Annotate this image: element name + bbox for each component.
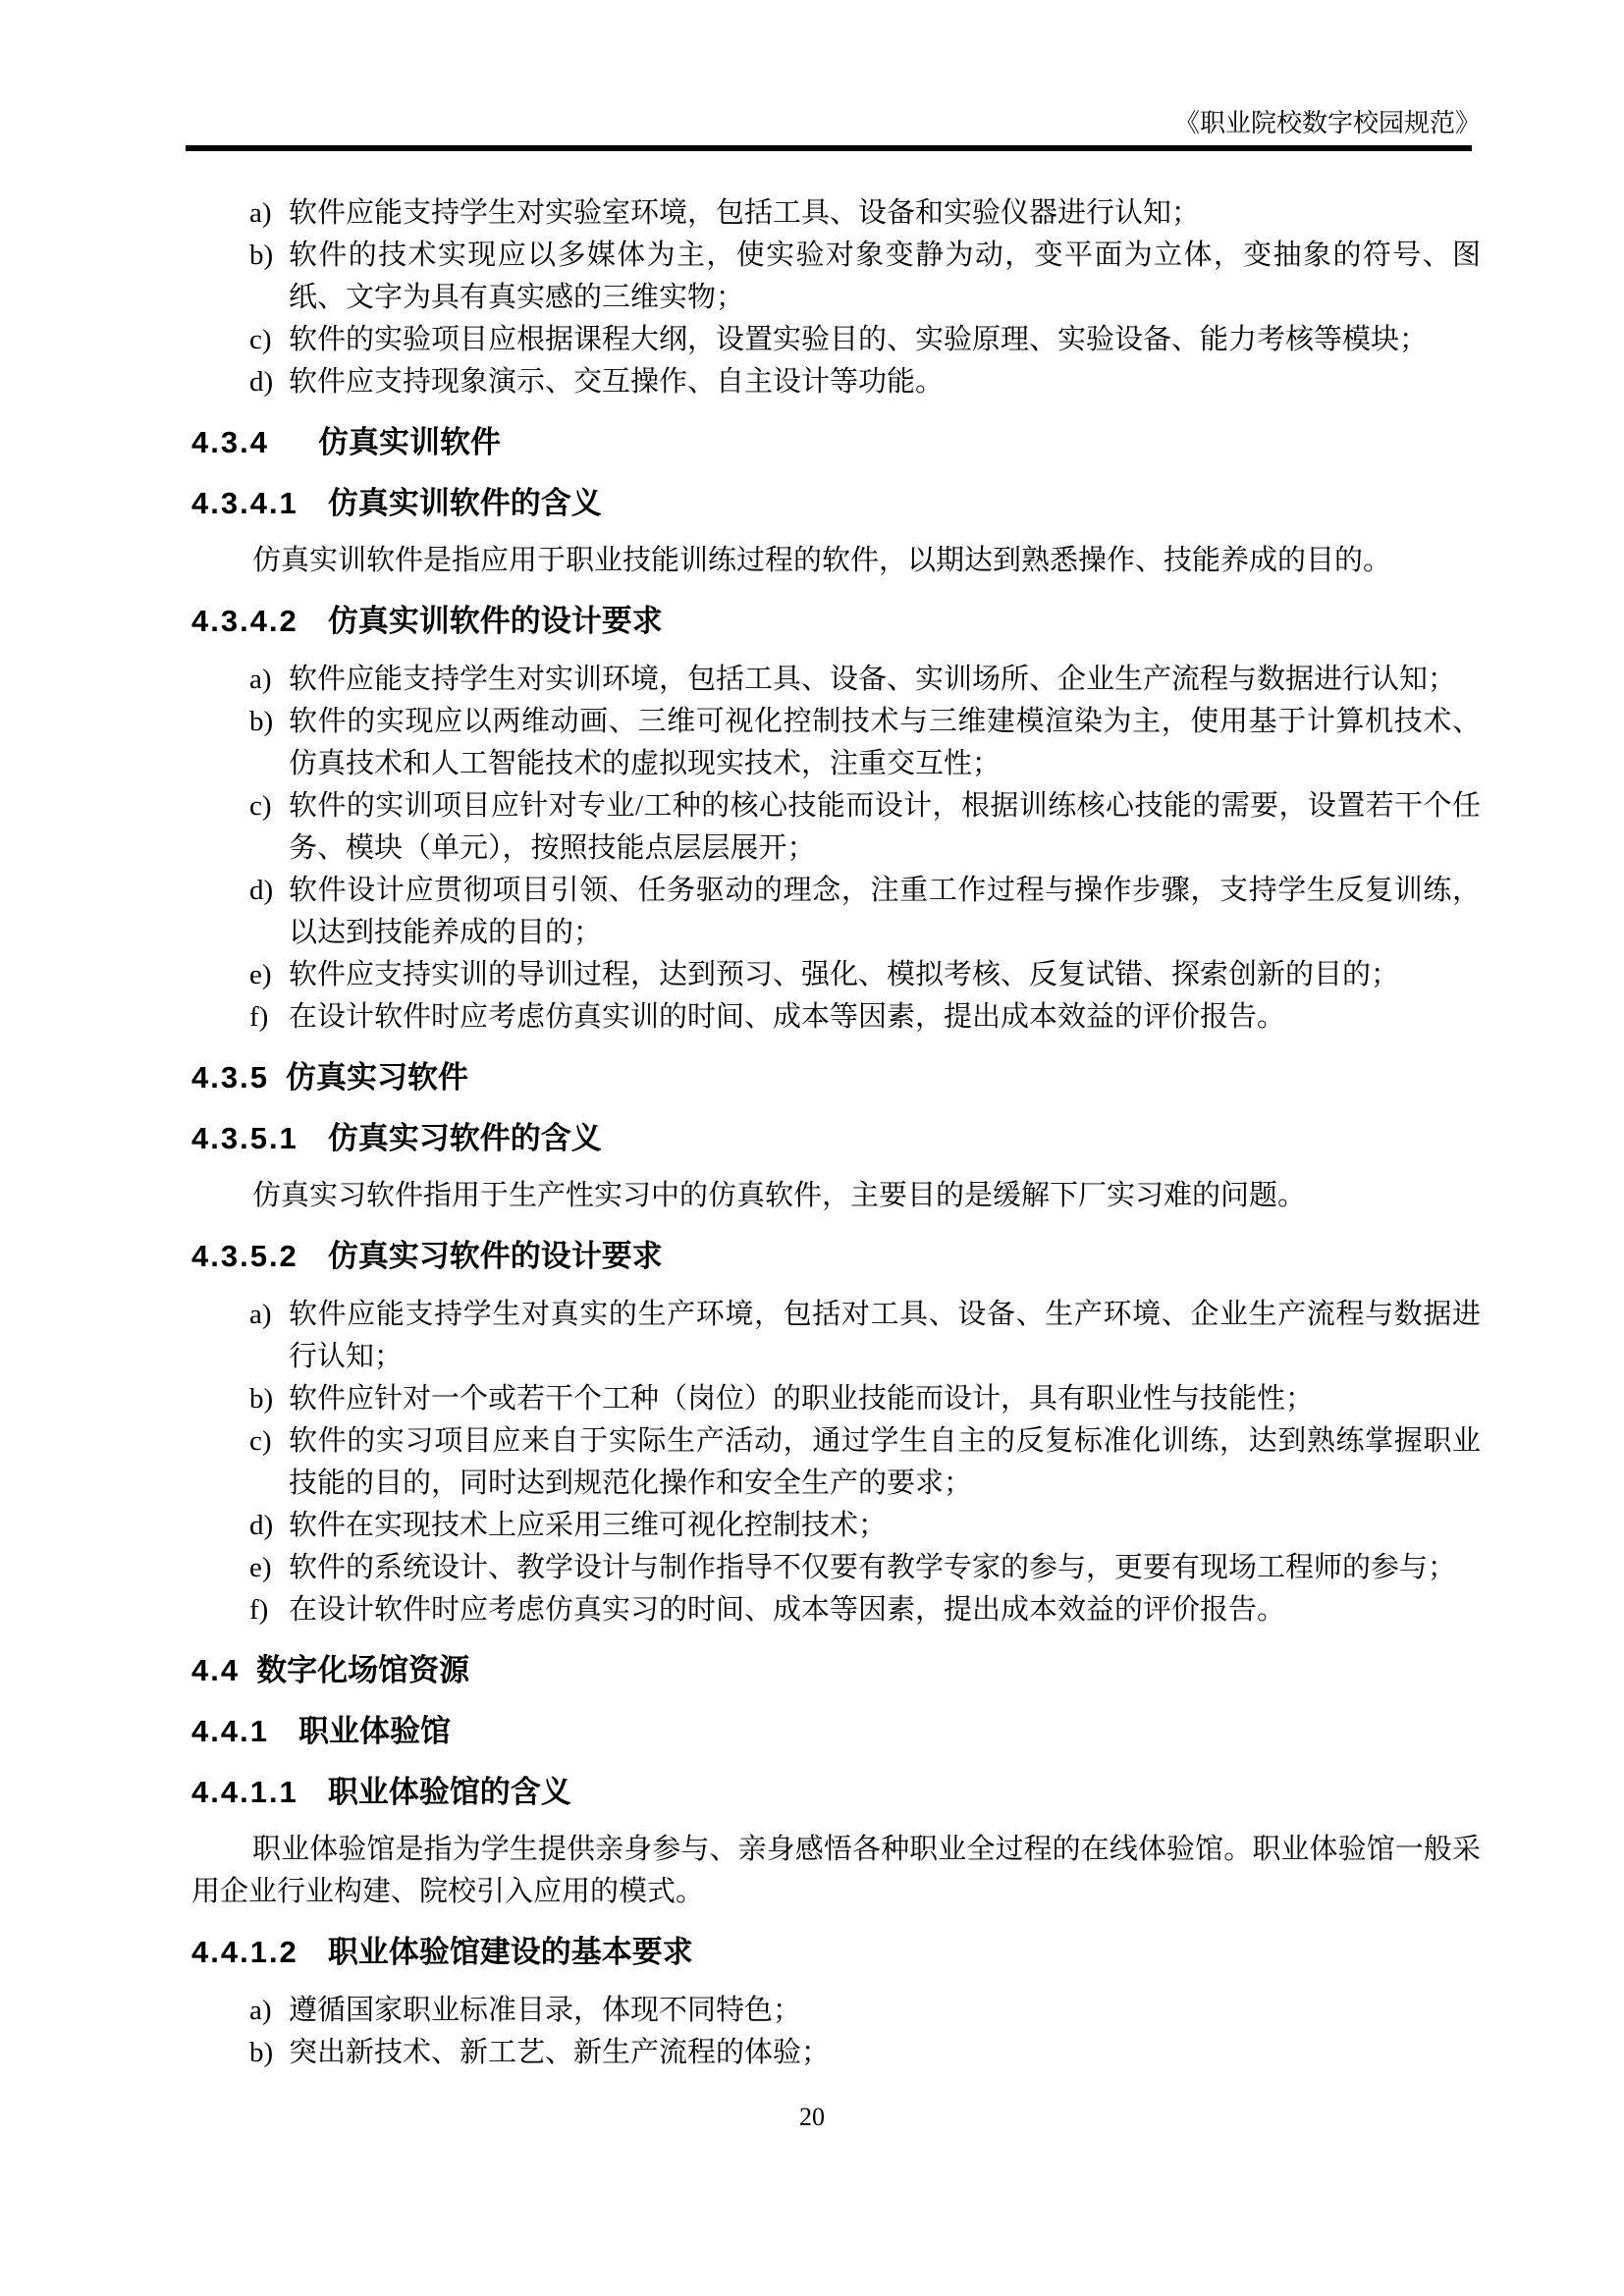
- list-item: b)突出新技术、新工艺、新生产流程的体验；: [191, 2032, 1481, 2074]
- list-item-text: 软件的系统设计、教学设计与制作指导不仅要有教学专家的参与，更要有现场工程师的参与…: [289, 1552, 1456, 1583]
- list-item: d)软件设计应贯彻项目引领、任务驱动的理念，注重工作过程与操作步骤，支持学生反复…: [191, 870, 1481, 954]
- list-item: e)软件的系统设计、教学设计与制作指导不仅要有教学专家的参与，更要有现场工程师的…: [191, 1547, 1481, 1589]
- list-item-text: 软件应支持实训的导训过程，达到预习、强化、模拟考核、反复试错、探索创新的目的；: [289, 959, 1399, 990]
- list-item: a)软件应能支持学生对实训环境，包括工具、设备、实训场所、企业生产流程与数据进行…: [191, 659, 1481, 701]
- list-item: c)软件的实训项目应针对专业/工种的核心技能而设计，根据训练核心技能的需要，设置…: [191, 785, 1481, 870]
- list-item: f)在设计软件时应考虑仿真实训的时间、成本等因素，提出成本效益的评价报告。: [191, 996, 1481, 1039]
- section-title: 数字化场馆资源: [256, 1653, 469, 1687]
- list-item-marker: c): [249, 319, 272, 361]
- section-heading: 4.3.4仿真实训软件: [191, 421, 1481, 464]
- section-number: 4.3.5.2: [191, 1239, 298, 1273]
- list-item-text: 软件应针对一个或若干个工种（岗位）的职业技能而设计，具有职业性与技能性；: [289, 1383, 1314, 1415]
- list-item-marker: c): [249, 785, 272, 828]
- list-item-marker: b): [249, 701, 273, 743]
- list-item: a)遵循国家职业标准目录，体现不同特色；: [191, 1990, 1481, 2032]
- list-item: a)软件应能支持学生对真实的生产环境，包括对工具、设备、生产环境、企业生产流程与…: [191, 1294, 1481, 1378]
- list-item: f)在设计软件时应考虑仿真实习的时间、成本等因素，提出成本效益的评价报告。: [191, 1589, 1481, 1631]
- section-number: 4.4.1.2: [191, 1935, 298, 1969]
- list-item: a)软件应能支持学生对实验室环境，包括工具、设备和实验仪器进行认知；: [191, 192, 1481, 235]
- section-title: 职业体验馆的含义: [328, 1775, 571, 1809]
- section-heading: 4.3.5.1仿真实习软件的含义: [191, 1117, 1481, 1160]
- section-title: 职业体验馆: [298, 1714, 451, 1748]
- list-item-text: 软件的实训项目应针对专业/工种的核心技能而设计，根据训练核心技能的需要，设置若干…: [289, 790, 1481, 864]
- list-item-marker: b): [249, 2032, 273, 2074]
- section-title: 仿真实训软件: [318, 425, 501, 459]
- list-item-text: 软件的实验项目应根据课程大纲，设置实验目的、实验原理、实验设备、能力考核等模块；: [289, 324, 1428, 355]
- list-item: c)软件的实验项目应根据课程大纲，设置实验目的、实验原理、实验设备、能力考核等模…: [191, 319, 1481, 361]
- section-title: 仿真实训软件的含义: [328, 486, 602, 520]
- section-title: 仿真实习软件: [286, 1060, 468, 1095]
- section-title: 仿真实训软件的设计要求: [328, 604, 663, 638]
- section-number: 4.4.1.1: [191, 1775, 298, 1809]
- list-item: b)软件的实现应以两维动画、三维可视化控制技术与三维建模渲染为主，使用基于计算机…: [191, 701, 1481, 785]
- section-title: 仿真实习软件的含义: [328, 1121, 602, 1155]
- section-heading: 4.4.1.1职业体验馆的含义: [191, 1771, 1481, 1814]
- section-heading: 4.4.1职业体验馆: [191, 1710, 1481, 1753]
- document-content: a)软件应能支持学生对实验室环境，包括工具、设备和实验仪器进行认知；b)软件的技…: [191, 192, 1481, 2074]
- list-item-text: 软件的实现应以两维动画、三维可视化控制技术与三维建模渲染为主，使用基于计算机技术…: [289, 706, 1481, 779]
- page-header-title: 《职业院校数字校园规范》: [191, 106, 1481, 141]
- list-item-marker: a): [249, 1294, 272, 1336]
- section-number: 4.3.5.1: [191, 1121, 298, 1155]
- list-item-marker: d): [249, 1505, 273, 1547]
- list-item-text: 突出新技术、新工艺、新生产流程的体验；: [289, 2037, 830, 2068]
- list-item-marker: f): [249, 1589, 268, 1631]
- section-title: 职业体验馆建设的基本要求: [328, 1935, 693, 1969]
- list-item-marker: b): [249, 235, 273, 277]
- list-item-marker: a): [249, 659, 272, 701]
- list-item-text: 软件的技术实现应以多媒体为主，使实验对象变静为动，变平面为立体，变抽象的符号、图…: [289, 240, 1481, 313]
- section-number: 4.4.1: [191, 1714, 269, 1748]
- list-item-marker: e): [249, 1547, 272, 1589]
- list-item: e)软件应支持实训的导训过程，达到预习、强化、模拟考核、反复试错、探索创新的目的…: [191, 954, 1481, 996]
- section-number: 4.3.4: [191, 425, 269, 459]
- requirement-list: a)软件应能支持学生对真实的生产环境，包括对工具、设备、生产环境、企业生产流程与…: [191, 1294, 1481, 1631]
- list-item: d)软件在实现技术上应采用三维可视化控制技术；: [191, 1505, 1481, 1547]
- list-item-text: 软件的实习项目应来自于实际生产活动，通过学生自主的反复标准化训练，达到熟练掌握职…: [289, 1425, 1481, 1499]
- section-number: 4.4: [191, 1653, 240, 1687]
- list-item: b)软件应针对一个或若干个工种（岗位）的职业技能而设计，具有职业性与技能性；: [191, 1378, 1481, 1420]
- list-item: b)软件的技术实现应以多媒体为主，使实验对象变静为动，变平面为立体，变抽象的符号…: [191, 235, 1481, 319]
- header-rule: [186, 145, 1472, 151]
- list-item-marker: d): [249, 870, 273, 912]
- requirement-list: a)软件应能支持学生对实训环境，包括工具、设备、实训场所、企业生产流程与数据进行…: [191, 659, 1481, 1039]
- section-number: 4.3.4.2: [191, 604, 298, 638]
- section-heading: 4.4.1.2职业体验馆建设的基本要求: [191, 1931, 1481, 1974]
- list-item-text: 在设计软件时应考虑仿真实习的时间、成本等因素，提出成本效益的评价报告。: [289, 1594, 1285, 1626]
- section-number: 4.3.4.1: [191, 486, 298, 520]
- page-number: 20: [0, 2099, 1624, 2136]
- section-heading: 4.3.5仿真实习软件: [191, 1056, 1481, 1099]
- section-heading: 4.3.4.1仿真实训软件的含义: [191, 482, 1481, 525]
- body-paragraph: 仿真实习软件指用于生产性实习中的仿真软件，主要目的是缓解下厂实习难的问题。: [191, 1175, 1481, 1217]
- list-item-text: 软件设计应贯彻项目引领、任务驱动的理念，注重工作过程与操作步骤，支持学生反复训练…: [289, 875, 1481, 948]
- list-item-text: 软件应能支持学生对实训环境，包括工具、设备、实训场所、企业生产流程与数据进行认知…: [289, 664, 1456, 695]
- list-item-text: 软件应能支持学生对真实的生产环境，包括对工具、设备、生产环境、企业生产流程与数据…: [289, 1299, 1481, 1372]
- list-item-marker: a): [249, 1990, 272, 2032]
- requirement-list: a)遵循国家职业标准目录，体现不同特色；b)突出新技术、新工艺、新生产流程的体验…: [191, 1990, 1481, 2074]
- list-item-marker: a): [249, 192, 272, 235]
- list-item-marker: d): [249, 361, 273, 403]
- list-item: c)软件的实习项目应来自于实际生产活动，通过学生自主的反复标准化训练，达到熟练掌…: [191, 1420, 1481, 1505]
- section-number: 4.3.5: [191, 1060, 269, 1095]
- body-paragraph: 仿真实训软件是指应用于职业技能训练过程的软件，以期达到熟悉操作、技能养成的目的。: [191, 540, 1481, 582]
- section-heading: 4.3.4.2仿真实训软件的设计要求: [191, 600, 1481, 643]
- section-heading: 4.4数字化场馆资源: [191, 1649, 1481, 1692]
- body-paragraph: 职业体验馆是指为学生提供亲身参与、亲身感悟各种职业全过程的在线体验馆。职业体验馆…: [191, 1829, 1481, 1913]
- list-item-text: 在设计软件时应考虑仿真实训的时间、成本等因素，提出成本效益的评价报告。: [289, 1001, 1285, 1033]
- list-item-text: 遵循国家职业标准目录，体现不同特色；: [289, 1995, 801, 2026]
- list-item-marker: c): [249, 1420, 272, 1463]
- list-item-marker: f): [249, 996, 268, 1039]
- list-item-text: 软件在实现技术上应采用三维可视化控制技术；: [289, 1510, 887, 1541]
- list-item: d)软件应支持现象演示、交互操作、自主设计等功能。: [191, 361, 1481, 403]
- list-item-text: 软件应能支持学生对实验室环境，包括工具、设备和实验仪器进行认知；: [289, 197, 1200, 229]
- section-heading: 4.3.5.2仿真实习软件的设计要求: [191, 1235, 1481, 1278]
- list-item-marker: e): [249, 954, 272, 996]
- section-title: 仿真实习软件的设计要求: [328, 1239, 663, 1273]
- list-item-text: 软件应支持现象演示、交互操作、自主设计等功能。: [289, 366, 944, 398]
- requirement-list: a)软件应能支持学生对实验室环境，包括工具、设备和实验仪器进行认知；b)软件的技…: [191, 192, 1481, 403]
- list-item-marker: b): [249, 1378, 273, 1420]
